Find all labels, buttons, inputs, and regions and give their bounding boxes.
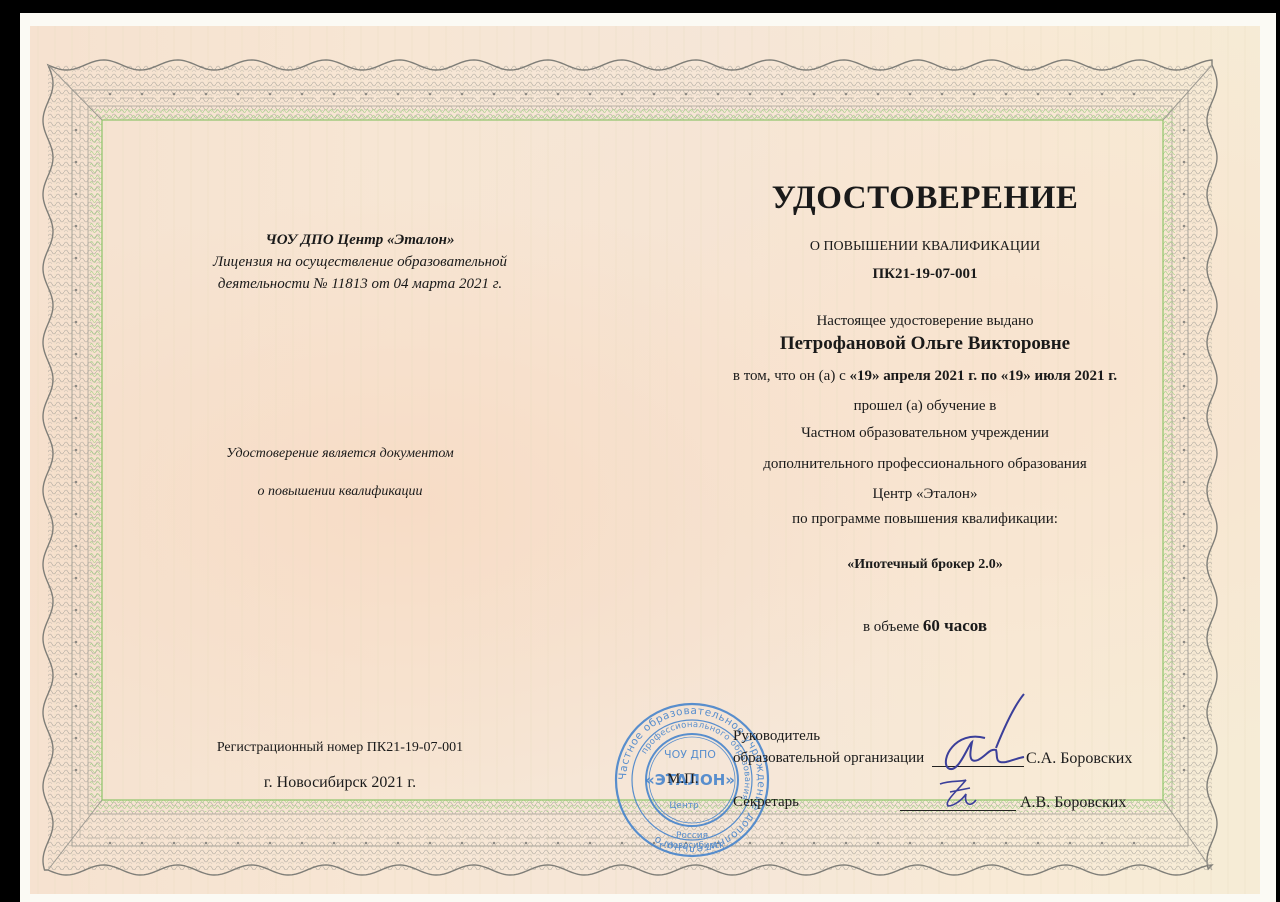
document-note-line-2: о повышении квалификации <box>140 484 540 500</box>
city-year: г. Новосибирск 2021 г. <box>170 774 510 792</box>
stamp-city: г.Новосибирск <box>659 841 724 851</box>
secretary-signature-line <box>900 810 1016 811</box>
dates-range: «19» апреля 2021 г. по «19» июля 2021 г. <box>850 368 1118 384</box>
registration-number: Регистрационный номер ПК21-19-07-001 <box>170 740 510 756</box>
course-name: «Ипотечный брокер 2.0» <box>640 557 1210 573</box>
institution-line-1: Частном образовательном учреждении <box>640 425 1210 442</box>
certificate-title: УДОСТОВЕРЕНИЕ <box>640 180 1210 217</box>
license-line-1: Лицензия на осуществление образовательно… <box>150 254 570 271</box>
head-signature-line <box>932 766 1024 767</box>
certificate-number: ПК21-19-07-001 <box>640 266 1210 283</box>
head-name: С.А. Боровских <box>1026 750 1132 768</box>
stamp-inner-bottom: Центр <box>669 801 699 811</box>
stamp-country: Россия <box>676 831 708 841</box>
institution-line-2: дополнительного профессионального образо… <box>640 456 1210 473</box>
head-role-line-1: Руководитель <box>733 728 820 745</box>
secretary-role: Секретарь <box>733 794 799 811</box>
license-line-2: деятельности № 11813 от 04 марта 2021 г. <box>150 276 570 293</box>
course-hours: в объеме 60 часов <box>640 616 1210 636</box>
hours-value: 60 часов <box>923 616 987 635</box>
head-role-line-2: образовательной организации <box>733 750 924 767</box>
program-intro: по программе повышения квалификации: <box>640 511 1210 528</box>
stamp-inner-top: ЧОУ ДПО <box>664 748 716 761</box>
stamp-place-label: М.П. <box>667 771 699 788</box>
issuer-org: ЧОУ ДПО Центр «Эталон» <box>150 232 570 249</box>
training-dates: в том, что он (а) с «19» апреля 2021 г. … <box>640 368 1210 385</box>
hours-prefix: в объеме <box>863 619 923 635</box>
institution-line-3: Центр «Эталон» <box>640 486 1210 503</box>
dates-prefix: в том, что он (а) с <box>733 368 850 384</box>
document-note-line-1: Удостоверение является документом <box>140 446 540 462</box>
certificate-subtitle: О ПОВЫШЕНИИ КВАЛИФИКАЦИИ <box>640 239 1210 255</box>
passed-training: прошел (а) обучение в <box>640 398 1210 415</box>
recipient-name: Петрофановой Ольге Викторовне <box>640 333 1210 355</box>
issued-to-label: Настоящее удостоверение выдано <box>640 313 1210 330</box>
secretary-name: А.В. Боровских <box>1020 794 1126 812</box>
